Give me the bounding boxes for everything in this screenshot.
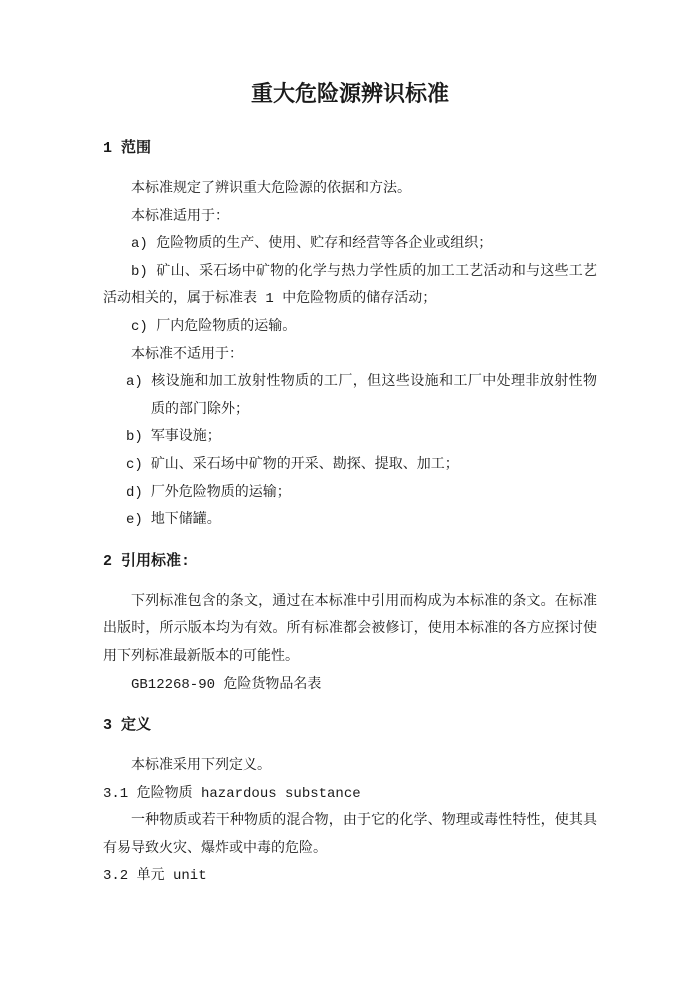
definition-3-1-text: 一种物质或若干种物质的混合物，由于它的化学、物理或毒性特性，使其具有易导致火灾、… bbox=[103, 808, 597, 863]
list-item-text: 地下储罐。 bbox=[151, 512, 221, 528]
paragraph-applies-to: 本标准适用于： bbox=[103, 204, 597, 232]
term-3-1-hazardous-substance: 3.1 危险物质 hazardous substance bbox=[103, 781, 597, 809]
list-item-exclude-d: d)厂外危险物质的运输； bbox=[103, 480, 597, 508]
list-item-text: 矿山、采石场中矿物的开采、勘探、提取、加工； bbox=[151, 457, 459, 473]
list-item-exclude-e: e)地下储罐。 bbox=[103, 507, 597, 535]
list-item-apply-c: c) 厂内危险物质的运输。 bbox=[103, 314, 597, 342]
list-marker: b) bbox=[126, 429, 143, 445]
paragraph-definitions-intro: 本标准采用下列定义。 bbox=[103, 753, 597, 781]
paragraph-not-applies-to: 本标准不适用于： bbox=[103, 342, 597, 370]
list-marker: e) bbox=[126, 512, 143, 528]
document-page: 重大危险源辨识标准 1 范围 本标准规定了辨识重大危险源的依据和方法。 本标准适… bbox=[0, 0, 700, 891]
document-title: 重大危险源辨识标准 bbox=[103, 79, 597, 113]
paragraph-scope-basis: 本标准规定了辨识重大危险源的依据和方法。 bbox=[103, 176, 597, 204]
list-marker: c) bbox=[126, 457, 143, 473]
section-3-heading: 3 定义 bbox=[103, 712, 597, 740]
list-item-text: 军事设施； bbox=[151, 429, 221, 445]
list-item-exclude-c: c)矿山、采石场中矿物的开采、勘探、提取、加工； bbox=[103, 452, 597, 480]
list-item-apply-a: a) 危险物质的生产、使用、贮存和经营等各企业或组织； bbox=[103, 231, 597, 259]
reference-entry-gb12268: GB12268-90 危险货物品名表 bbox=[103, 672, 597, 700]
list-marker: d) bbox=[126, 485, 143, 501]
section-2-heading: 2 引用标准: bbox=[103, 548, 597, 576]
list-item-exclude-b: b)军事设施； bbox=[103, 424, 597, 452]
list-item-text: 厂外危险物质的运输； bbox=[151, 485, 291, 501]
list-item-text: 核设施和加工放射性物质的工厂，但这些设施和工厂中处理非放射性物质的部门除外； bbox=[151, 374, 597, 418]
list-item-exclude-a: a)核设施和加工放射性物质的工厂，但这些设施和工厂中处理非放射性物质的部门除外； bbox=[103, 369, 597, 424]
term-3-2-unit: 3.2 单元 unit bbox=[103, 863, 597, 891]
paragraph-references-intro: 下列标准包含的条文，通过在本标准中引用而构成为本标准的条文。在标准出版时，所示版… bbox=[103, 589, 597, 672]
list-marker: a) bbox=[126, 374, 143, 390]
section-1-heading: 1 范围 bbox=[103, 135, 597, 163]
list-item-apply-b: b) 矿山、采石场中矿物的化学与热力学性质的加工工艺活动和与这些工艺活动相关的，… bbox=[103, 259, 597, 314]
